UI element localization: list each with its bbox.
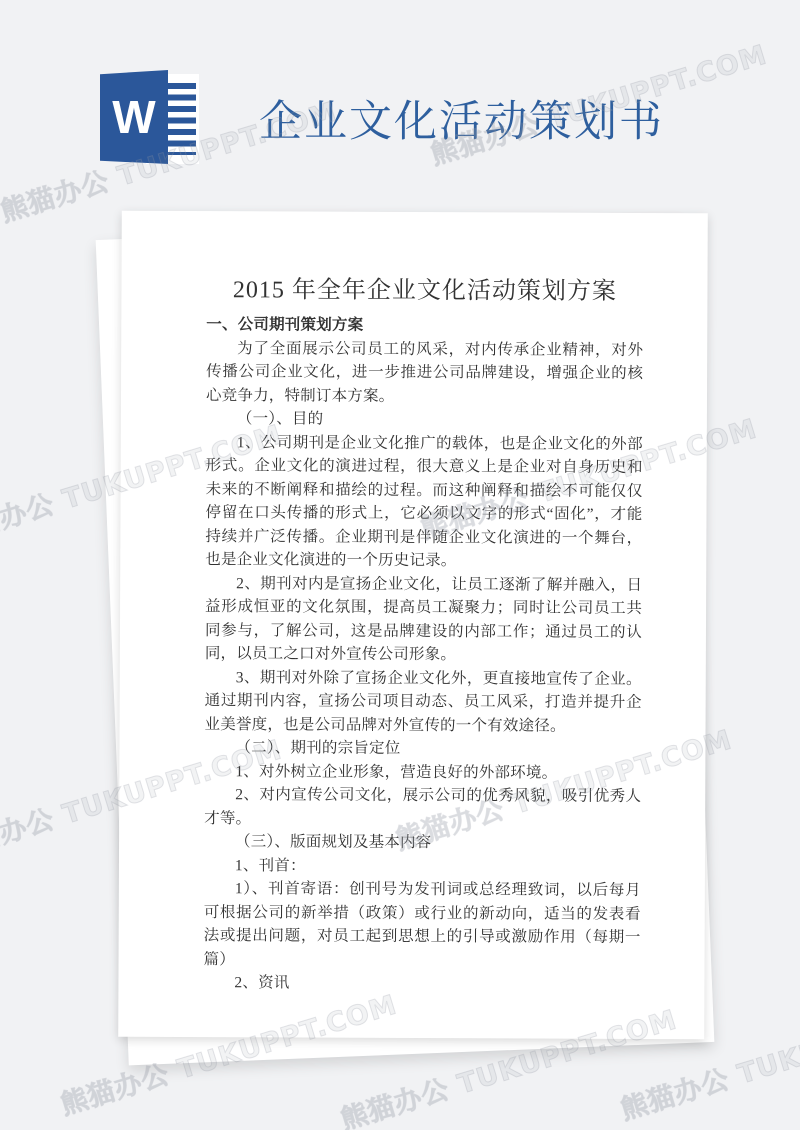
word-flag: W xyxy=(100,70,168,164)
doc-paragraph: 为了全面展示公司员工的风采，对内传承企业精神，对外传播公司企业文化，进一步推进公… xyxy=(206,337,643,409)
doc-paragraph: 2、资讯 xyxy=(203,971,640,996)
doc-paragraph: 2、对内宣传公司文化，展示公司的优秀风貌，吸引优秀人才等。 xyxy=(204,783,641,832)
page-background: W 企业文化活动策划书 2015 年全年企业文化活动策划方案 一、公司期刊策划方… xyxy=(0,0,800,1130)
doc-paragraph: （三）、版面规划及基本内容 xyxy=(204,830,641,855)
doc-paragraph: （一）、目的 xyxy=(206,407,643,432)
doc-body: 一、公司期刊策划方案为了全面展示公司员工的风采，对内传承企业精神，对外传播公司企… xyxy=(203,313,643,996)
doc-paragraph: 1）、刊首寄语：创刊号为发刊词或总经理致词，以后每月可根据公司的新举措（政策）或… xyxy=(203,877,640,973)
doc-paragraph: 1、公司期刊是企业文化推广的载体，也是企业文化的外部形式。企业文化的演进过程，很… xyxy=(205,431,643,574)
word-icon: W xyxy=(97,68,197,168)
doc-paragraph: 1、对外树立企业形象，营造良好的外部环境。 xyxy=(204,760,641,785)
document-page: 2015 年全年企业文化活动策划方案 一、公司期刊策划方案为了全面展示公司员工的… xyxy=(118,211,708,1040)
page-title: 企业文化活动策划书 xyxy=(259,88,664,149)
doc-paragraph: 一、公司期刊策划方案 xyxy=(206,313,643,338)
header: W 企业文化活动策划书 xyxy=(97,68,664,168)
document-title: 2015 年全年企业文化活动策划方案 xyxy=(206,273,643,309)
doc-paragraph: （二）、期刊的宗旨定位 xyxy=(204,736,641,761)
doc-paragraph: 1、刊首： xyxy=(204,854,641,879)
doc-paragraph: 2、期刊对内是宣扬企业文化，让员工逐渐了解并融入，日益形成恒亚的文化氛围，提高员… xyxy=(205,572,642,668)
document-content: 2015 年全年企业文化活动策划方案 一、公司期刊策划方案为了全面展示公司员工的… xyxy=(118,211,708,1040)
word-letter: W xyxy=(112,94,155,140)
doc-paragraph: 3、期刊对外除了宣扬企业文化外，更直接地宣传了企业。通过期刊内容，宣扬公司项目动… xyxy=(205,666,642,738)
